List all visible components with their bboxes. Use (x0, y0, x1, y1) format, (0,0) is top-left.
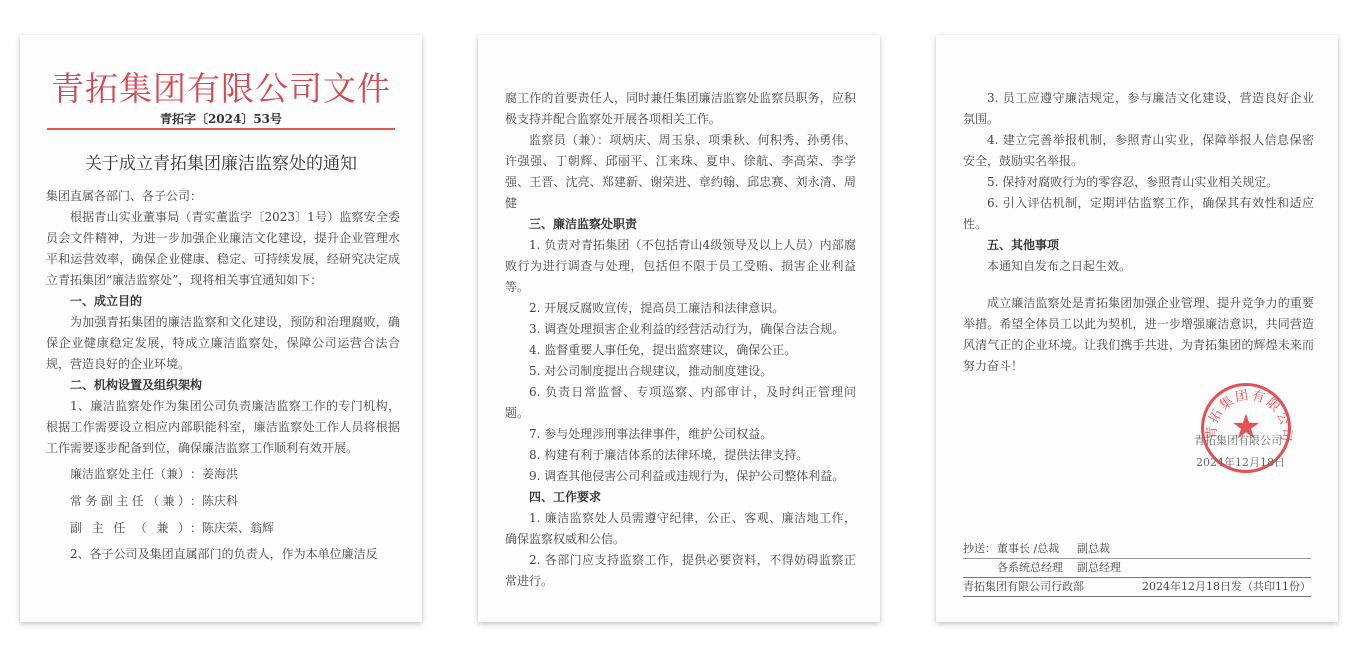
section2-item1: 1、廉洁监察处作为集团公司负责廉洁监察工作的专门机构，根据工作需要设立相应内部职… (46, 396, 400, 459)
section3-heading: 三、廉洁监察处职责 (505, 214, 856, 235)
staff-deputy: 副主任（兼）：陈庆荣、翁辉 (46, 517, 400, 540)
cc-block: 抄送： 董事长 /总裁 副总裁 各系统总经理 副总经理 青拓集团有限公司行政部 … (963, 540, 1311, 597)
duty-item: 1. 负责对青拓集团（不包括青山4级领导及以上人员）内部腐败行为进行调查与处理，… (505, 235, 856, 298)
closing-paragraph: 成立廉洁监察处是青拓集团加强企业管理、提升竞争力的重要举措。希望全体员工以此为契… (963, 293, 1314, 377)
requirement-item: 1. 廉洁监察处人员需遵守纪律，公正、客观、廉洁地工作，确保监察权威和公信。 (505, 508, 856, 550)
requirement-item: 2. 各部门应支持监察工作，提供必要资料，不得妨碍监察正常进行。 (505, 550, 856, 592)
page2-body: 腐工作的首要责任人，同时兼任集团廉洁监察处监察员职务，应积极支持并配合监察处开展… (505, 88, 856, 592)
cc-label: 抄送： (963, 540, 996, 558)
page1-body: 集团直属各部门、各子公司： 根据青山实业董事局（青实董监字〔2023〕1号）监察… (46, 186, 400, 565)
duty-item: 2. 开展反腐败宣传，提高员工廉洁和法律意识。 (505, 298, 856, 319)
requirement-item: 4. 建立完善举报机制，参照青山实业，保障举报人信息保密安全，鼓励实名举报。 (963, 130, 1314, 172)
cc-recipient: 副总经理 (1077, 559, 1121, 577)
document-number: 青拓字〔2024〕53号 (20, 110, 422, 127)
staff-executive-deputy: 常务副主任（兼）：陈庆科 (46, 490, 400, 513)
cc-recipient: 各系统总经理 (997, 559, 1063, 577)
inspectors-list: 监察员（兼）：项炳庆、周玉泉、项秉秋、何积秀、孙勇伟、许强强、丁朝辉、邱丽平、江… (505, 130, 856, 214)
issuer-row: 青拓集团有限公司行政部 2024年12月18日发（共印11份） (963, 578, 1311, 597)
document-title: 关于成立青拓集团廉洁监察处的通知 (20, 149, 422, 174)
salutation: 集团直属各部门、各子公司： (46, 186, 400, 207)
signature-organization: 青拓集团有限公司 (1194, 432, 1282, 448)
section1-text: 为加强青拓集团的廉洁监察和文化建设，预防和治理腐败，确保企业健康稳定发展，特成立… (46, 312, 400, 375)
requirement-item: 3. 员工应遵守廉洁规定，参与廉洁文化建设，营造良好企业氛围。 (963, 88, 1314, 130)
document-header: 青拓集团有限公司文件 (20, 63, 422, 110)
intro-paragraph: 根据青山实业董事局（青实董监字〔2023〕1号）监察安全委员会文件精神，为进一步… (46, 207, 400, 291)
document-page-2: 腐工作的首要责任人，同时兼任集团廉洁监察处监察员职务，应积极支持并配合监察处开展… (478, 35, 880, 622)
section4-heading: 四、工作要求 (505, 487, 856, 508)
document-page-1: 青拓集团有限公司文件 青拓字〔2024〕53号 关于成立青拓集团廉洁监察处的通知… (20, 35, 422, 622)
duty-item: 3. 调查处理损害企业利益的经营活动行为，确保合法合规。 (505, 319, 856, 340)
requirement-item: 6. 引入评估机制，定期评估监察工作，确保其有效性和适应性。 (963, 193, 1314, 235)
document-page-3: 3. 员工应遵守廉洁规定，参与廉洁文化建设，营造良好企业氛围。 4. 建立完善举… (936, 35, 1338, 622)
closing-block: 成立廉洁监察处是青拓集团加强企业管理、提升竞争力的重要举措。希望全体员工以此为契… (963, 293, 1314, 377)
continued-paragraph: 腐工作的首要责任人，同时兼任集团廉洁监察处监察员职务，应积极支持并配合监察处开展… (505, 88, 856, 130)
section2-item2-start: 2、各子公司及集团直属部门的负责人，作为本单位廉洁反 (46, 544, 400, 565)
cc-row-2: 各系统总经理 副总经理 (963, 559, 1311, 578)
section2-heading: 二、机构设置及组织架构 (46, 375, 400, 396)
duty-item: 7. 参与处理涉刑事法律事件，维护公司权益。 (505, 424, 856, 445)
duty-item: 9. 调查其他侵害公司利益或违规行为，保护公司整体利益。 (505, 466, 856, 487)
red-divider (47, 128, 395, 130)
duty-item: 8. 构建有利于廉洁体系的法律环境，提供法律支持。 (505, 445, 856, 466)
section5-heading: 五、其他事项 (963, 235, 1314, 256)
issuer: 青拓集团有限公司行政部 (963, 578, 1084, 596)
staff-director: 廉洁监察处主任（兼）：姜海洪 (46, 463, 400, 486)
duty-item: 6. 负责日常监督、专项巡察、内部审计，及时纠正管理问题。 (505, 382, 856, 424)
duty-item: 5. 对公司制度提出合规建议，推动制度建设。 (505, 361, 856, 382)
duty-item: 4. 监督重要人事任免，提出监察建议，确保公正。 (505, 340, 856, 361)
cc-recipient: 董事长 /总裁 (997, 540, 1059, 558)
requirement-item: 5. 保持对腐败行为的零容忍，参照青山实业相关规定。 (963, 172, 1314, 193)
issue-info: 2024年12月18日发（共印11份） (1142, 578, 1311, 596)
page3-body: 3. 员工应遵守廉洁规定，参与廉洁文化建设，营造良好企业氛围。 4. 建立完善举… (963, 88, 1314, 277)
section1-heading: 一、成立目的 (46, 291, 400, 312)
cc-row-1: 抄送： 董事长 /总裁 副总裁 (963, 540, 1311, 559)
cc-recipient: 副总裁 (1077, 540, 1110, 558)
section5-text: 本通知自发布之日起生效。 (963, 256, 1314, 277)
signature-date: 2024年12月18日 (1196, 454, 1285, 470)
